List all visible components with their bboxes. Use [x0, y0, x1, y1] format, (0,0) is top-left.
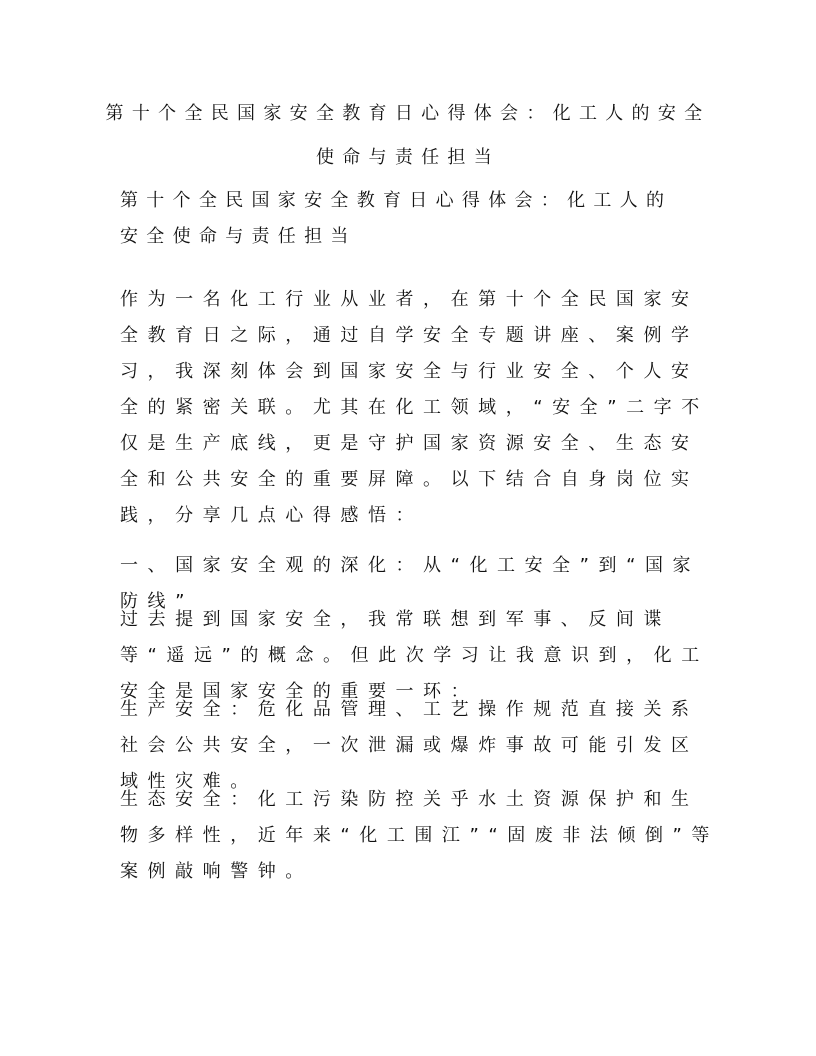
- document-title: 第十个全民国家安全教育日心得体会：化工人的安全使命与责任担当: [100, 92, 716, 180]
- paragraph-ecological-safety: 生态安全：化工污染防控关乎水土资源保护和生物多样性，近年来“化工围江”“固废非法…: [120, 782, 720, 890]
- document-page: 第十个全民国家安全教育日心得体会：化工人的安全使命与责任担当 第十个全民国家安全…: [0, 0, 816, 1056]
- document-subtitle: 第十个全民国家安全教育日心得体会：化工人的安全使命与责任担当: [120, 183, 680, 255]
- paragraph-intro: 作为一名化工行业从业者，在第十个全民国家安全教育日之际，通过自学安全专题讲座、案…: [120, 282, 720, 534]
